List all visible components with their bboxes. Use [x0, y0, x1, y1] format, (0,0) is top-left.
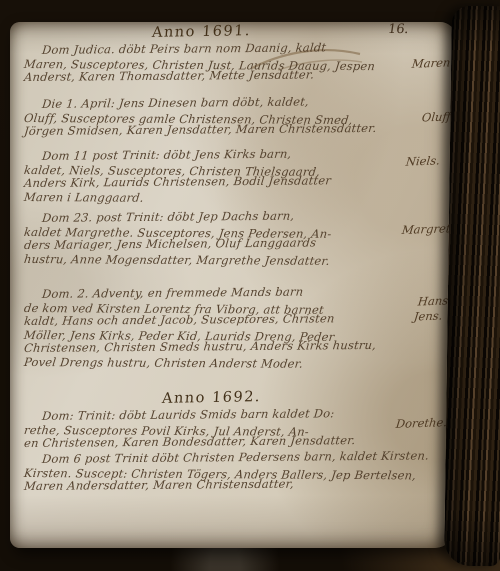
entry-line: Dom Judica. döbt Peirs barn nom Daanig, … [23, 40, 427, 57]
margin-note-name: Hans [417, 293, 449, 308]
entry-line: hustru, Anne Mogensdatter, Margrethe Jen… [23, 253, 426, 269]
entry-line: Anders Kirk, Laurids Christensen, Bodil … [23, 174, 427, 191]
folio-number: 16. [387, 22, 410, 37]
margin-note-name: Jens. [413, 309, 443, 324]
margin-note-name: Dorethe. [395, 415, 448, 431]
manuscript-page: Anno 1691. 16. Dom Judica. döbt Peirs ba… [10, 22, 456, 548]
entry-line: Die 1. April: Jens Dinesen barn döbt, ka… [23, 94, 427, 111]
entry-line: Dom 6 post Trinit döbt Christen Pedersen… [23, 449, 427, 466]
manuscript-photo: Anno 1691. 16. Dom Judica. döbt Peirs ba… [0, 0, 500, 571]
baptism-entry: Dom 11 post Trinit: döbt Jens Kirks barn… [24, 150, 426, 204]
baptism-entry: Dom. 2. Adventy, en fremmede Mands barn … [24, 288, 426, 370]
entry-line: Maren i Langgaard. [23, 191, 426, 207]
margin-note-name: Maren. [411, 55, 455, 70]
entry-line: Jörgen Smidsen, Karen Jensdatter, Maren … [23, 122, 427, 139]
entry-line: Maren Andersdatter, Maren Christensdatte… [23, 477, 427, 494]
book-fore-edge [444, 6, 500, 567]
baptism-entry: Dom Judica. döbt Peirs barn nom Daanig, … [24, 44, 426, 85]
baptism-entry: Die 1. April: Jens Dinesen barn döbt, ka… [24, 98, 426, 139]
year-heading-1691: Anno 1691. [151, 23, 251, 41]
margin-note-name: Niels. [405, 153, 440, 168]
margin-note-name: Oluff [421, 110, 451, 125]
entry-line: Povel Drengs hustru, Christen Anderst Mo… [23, 356, 426, 372]
baptism-entry: Dom 6 post Trinit döbt Christen Pedersen… [24, 453, 426, 494]
entry-line: ders Mariager, Jens Michelsen, Oluf Lang… [23, 236, 427, 253]
baptism-entry: Dom: Trinit: döbt Laurids Smids barn kal… [24, 410, 426, 451]
entry-line: Dom 23. post Trinit: döbt Jep Dachs barn… [23, 208, 427, 225]
baptism-entry: Dom 23. post Trinit: döbt Jep Dachs barn… [24, 212, 426, 266]
entry-line: Dom: Trinit: döbt Laurids Smids barn kal… [23, 406, 427, 423]
entry-line: Dom. 2. Adventy, en fremmede Mands barn [23, 284, 427, 301]
entry-line: Christensen, Christen Smeds hustru, Ande… [23, 339, 427, 356]
entry-line: Dom 11 post Trinit: döbt Jens Kirks barn… [23, 146, 427, 163]
entry-line: kaldt, Hans och andet Jacob, Susceptores… [23, 312, 427, 329]
entry-line: Anderst, Karen Thomasdatter, Mette Jensd… [23, 68, 427, 85]
year-heading-1692: Anno 1692. [161, 389, 261, 407]
